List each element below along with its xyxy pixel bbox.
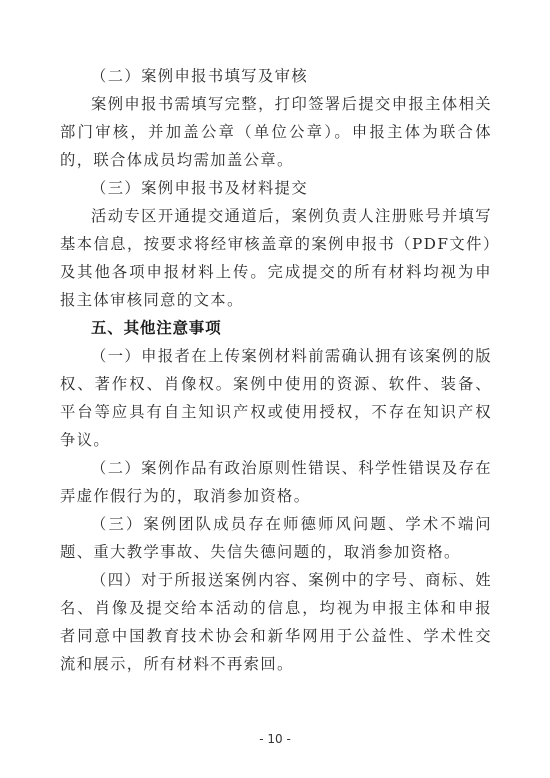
paragraph-disqualification-ethics: （三）案例团队成员存在师德师风问题、学术不端问题、重大教学事故、失信失德问题的，…: [60, 510, 492, 566]
page-number: - 10 -: [0, 732, 550, 746]
paragraph-disqualification-errors: （二）案例作品有政治原则性错误、科学性错误及存在弄虚作假行为的，取消参加资格。: [60, 454, 492, 510]
paragraph-material-submission: 活动专区开通提交通道后，案例负责人注册账号并填写基本信息，按要求将经审核盖章的案…: [60, 202, 492, 314]
subheading-submission-review: （二）案例申报书填写及审核: [60, 62, 492, 90]
paragraph-copyright: （一）申报者在上传案例材料前需确认拥有该案例的版权、著作权、肖像权。案例中使用的…: [60, 342, 492, 454]
document-page: （二）案例申报书填写及审核 案例申报书需填写完整，打印签署后提交申报主体相关部门…: [60, 62, 492, 678]
paragraph-review: 案例申报书需填写完整，打印签署后提交申报主体相关部门审核，并加盖公章（单位公章）…: [60, 90, 492, 174]
subheading-material-submission: （三）案例申报书及材料提交: [60, 174, 492, 202]
section-heading-other-notes: 五、其他注意事项: [60, 314, 492, 342]
paragraph-usage-consent: （四）对于所报送案例内容、案例中的字号、商标、姓名、肖像及提交给本活动的信息，均…: [60, 566, 492, 678]
